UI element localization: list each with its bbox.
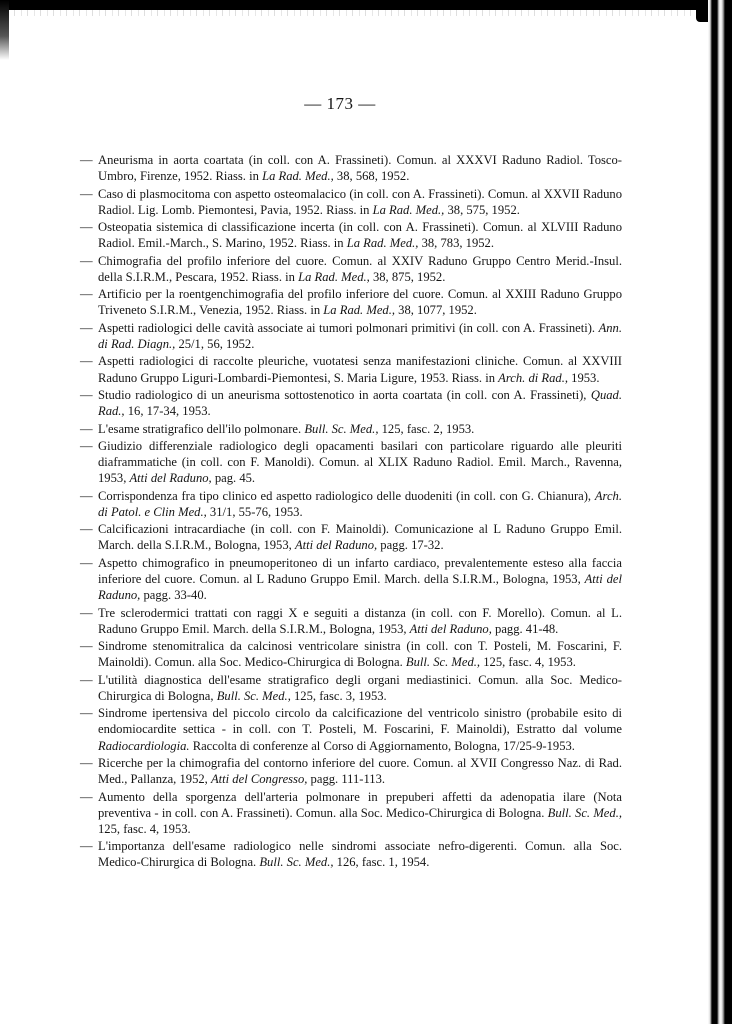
scan-border-top: [0, 0, 732, 10]
entry-citation: 125, fasc. 2, 1953.: [378, 422, 474, 436]
bibliography-entry: —Chimografia del profilo inferiore del c…: [80, 253, 622, 285]
entry-journal: Arch. di Rad.,: [498, 371, 568, 385]
entry-journal: Atti del Raduno,: [410, 622, 492, 636]
entry-journal: Bull. Sc. Med.,: [406, 655, 480, 669]
entry-citation: 126, fasc. 1, 1954.: [334, 855, 430, 869]
entry-journal: Atti del Raduno,: [129, 471, 211, 485]
entry-dash: —: [80, 789, 98, 805]
scan-border-left: [0, 0, 9, 60]
entry-dash: —: [80, 488, 98, 504]
scan-noise: [8, 10, 708, 16]
scan-border-right: [708, 0, 732, 1024]
entry-dash: —: [80, 219, 98, 235]
entry-citation: 38, 568, 1952.: [334, 169, 410, 183]
entry-journal: La Rad. Med.,: [262, 169, 334, 183]
entry-dash: —: [80, 353, 98, 369]
entry-dash: —: [80, 521, 98, 537]
page-number: — 173 —: [0, 94, 680, 114]
bibliography-entry: —Aspetti radiologici di raccolte pleuric…: [80, 353, 622, 385]
entry-dash: —: [80, 286, 98, 302]
entry-citation: 125, fasc. 4, 1953.: [98, 822, 191, 836]
entry-dash: —: [80, 387, 98, 403]
entry-journal: La Rad. Med.,: [298, 270, 370, 284]
bibliography-entry: —Osteopatia sistemica di classificazione…: [80, 219, 622, 251]
entry-dash: —: [80, 838, 98, 854]
entry-text: Caso di plasmocitoma con aspetto osteoma…: [98, 187, 622, 217]
bibliography-entry: —L'esame stratigrafico dell'ilo polmonar…: [80, 421, 622, 437]
scan-corner: [696, 0, 708, 22]
entry-dash: —: [80, 152, 98, 168]
entry-text: L'esame stratigrafico dell'ilo polmonare…: [98, 422, 304, 436]
entry-dash: —: [80, 186, 98, 202]
entry-citation: 125, fasc. 3, 1953.: [291, 689, 387, 703]
bibliography-entry: —Corrispondenza fra tipo clinico ed aspe…: [80, 488, 622, 520]
entry-journal: Radiocardiologia.: [98, 739, 190, 753]
entry-citation: 1953.: [568, 371, 599, 385]
entry-citation: Raccolta di conferenze al Corso di Aggio…: [190, 739, 575, 753]
entry-citation: 38, 1077, 1952.: [395, 303, 477, 317]
entry-dash: —: [80, 320, 98, 336]
entry-text: Corrispondenza fra tipo clinico ed aspet…: [98, 489, 595, 503]
entry-journal: Bull. Sc. Med.,: [217, 689, 291, 703]
bibliography-entry: —Aumento della sporgenza dell'arteria po…: [80, 789, 622, 837]
entry-citation: 38, 875, 1952.: [370, 270, 446, 284]
bibliography-entry: —L'utilità diagnostica dell'esame strati…: [80, 672, 622, 704]
entry-citation: 38, 575, 1952.: [444, 203, 520, 217]
entry-dash: —: [80, 421, 98, 437]
bibliography-entry: —Ricerche per la chimografia del contorn…: [80, 755, 622, 787]
bibliography-entry: —Tre sclerodermici trattati con raggi X …: [80, 605, 622, 637]
entry-citation: 38, 783, 1952.: [418, 236, 494, 250]
entry-journal: La Rad. Med.,: [323, 303, 395, 317]
entry-citation: pag. 45.: [212, 471, 255, 485]
entry-citation: pagg. 33-40.: [140, 588, 206, 602]
entry-text: Aumento della sporgenza dell'arteria pol…: [98, 790, 622, 820]
entry-citation: pagg. 41-48.: [492, 622, 558, 636]
bibliography-entry: —Aspetto chimografico in pneumoperitoneo…: [80, 555, 622, 603]
bibliography-entry: —Artificio per la roentgenchimografia de…: [80, 286, 622, 318]
entry-citation: 16, 17-34, 1953.: [125, 404, 211, 418]
entry-text: Aspetti radiologici delle cavità associa…: [98, 321, 599, 335]
bibliography-entry: —L'importanza dell'esame radiologico nel…: [80, 838, 622, 870]
entry-journal: Bull. Sc. Med.,: [259, 855, 333, 869]
bibliography-entry: —Studio radiologico di un aneurisma sott…: [80, 387, 622, 419]
entry-citation: pagg. 111-113.: [307, 772, 385, 786]
entry-dash: —: [80, 755, 98, 771]
entry-citation: 25/1, 56, 1952.: [175, 337, 254, 351]
bibliography-entry: —Caso di plasmocitoma con aspetto osteom…: [80, 186, 622, 218]
entry-dash: —: [80, 705, 98, 721]
entry-journal: Bull. Sc. Med.,: [548, 806, 622, 820]
entry-dash: —: [80, 605, 98, 621]
entry-dash: —: [80, 253, 98, 269]
bibliography-entry: —Sindrome ipertensiva del piccolo circol…: [80, 705, 622, 753]
entry-journal: La Rad. Med.,: [347, 236, 419, 250]
bibliography-entry: —Aspetti radiologici delle cavità associ…: [80, 320, 622, 352]
bibliography-list: —Aneurisma in aorta coartata (in coll. c…: [80, 152, 622, 872]
entry-dash: —: [80, 555, 98, 571]
bibliography-entry: —Sindrome stenomitralica da calcinosi ve…: [80, 638, 622, 670]
entry-dash: —: [80, 638, 98, 654]
entry-citation: pagg. 17-32.: [377, 538, 443, 552]
entry-journal: La Rad. Med.,: [373, 203, 445, 217]
entry-text: Aspetto chimografico in pneumoperitoneo …: [98, 556, 622, 586]
bibliography-entry: —Calcificazioni intracardiache (in coll.…: [80, 521, 622, 553]
entry-citation: 125, fasc. 4, 1953.: [480, 655, 576, 669]
entry-journal: Atti del Congresso,: [211, 772, 307, 786]
entry-journal: Atti del Raduno,: [295, 538, 377, 552]
entry-journal: Bull. Sc. Med.,: [304, 422, 378, 436]
entry-dash: —: [80, 438, 98, 454]
entry-dash: —: [80, 672, 98, 688]
bibliography-entry: —Giudizio differenziale radiologico degl…: [80, 438, 622, 486]
entry-citation: 31/1, 55-76, 1953.: [207, 505, 303, 519]
entry-text: Studio radiologico di un aneurisma sotto…: [98, 388, 591, 402]
bibliography-entry: —Aneurisma in aorta coartata (in coll. c…: [80, 152, 622, 184]
entry-text: Sindrome ipertensiva del piccolo circolo…: [98, 706, 622, 736]
